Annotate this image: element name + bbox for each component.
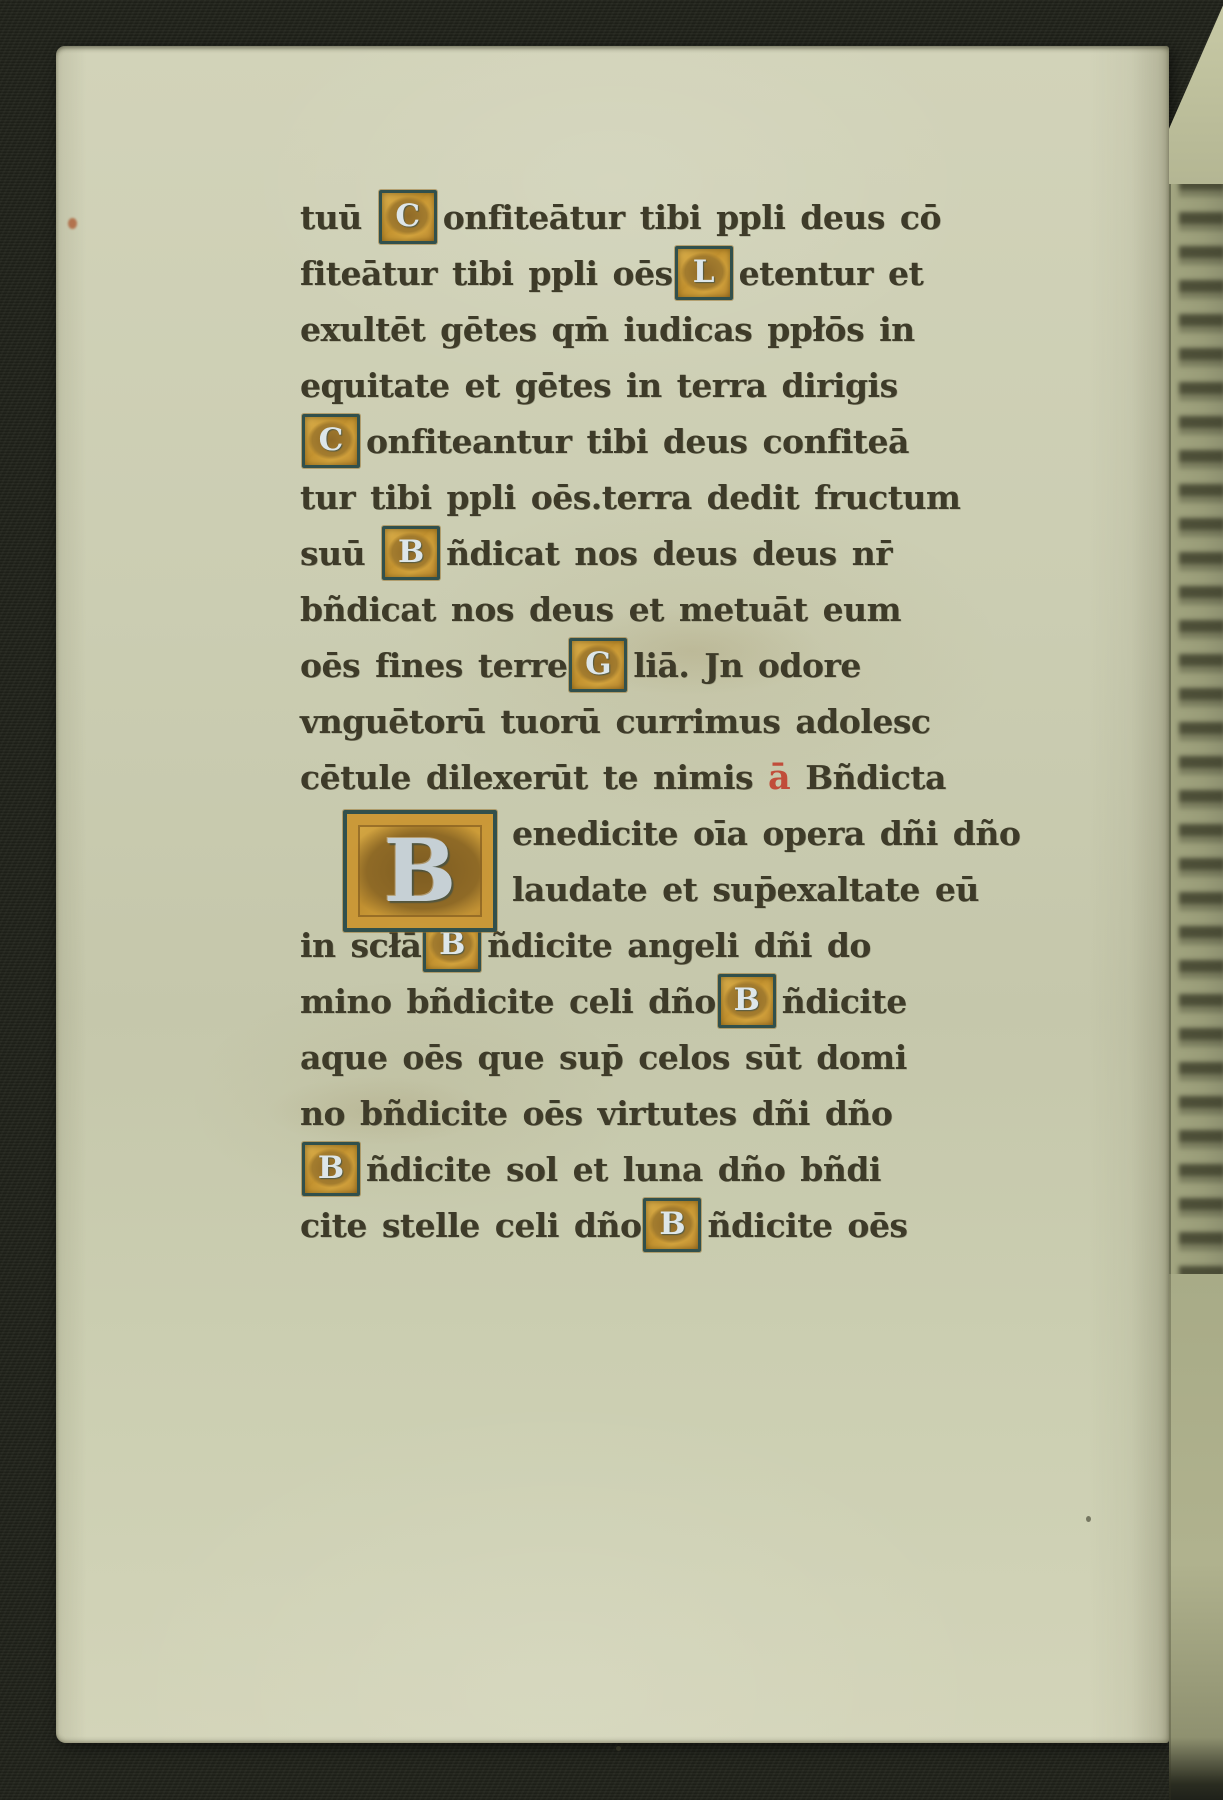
large-illuminated-initial-B: B — [343, 810, 497, 932]
adjacent-page-margin — [1169, 1274, 1223, 1800]
text-run: no bñdicite oēs virtutes dñi dño — [300, 1094, 892, 1133]
illuminated-initial: B — [643, 1198, 701, 1252]
text-run: onfiteātur tibi ppli deus cō — [443, 198, 941, 237]
adjacent-page-edge — [1169, 0, 1223, 1800]
backdrop: { "manuscript": { "big_initial": { "lett… — [0, 0, 1223, 1800]
text-run: cētule dilexerūt te nimis — [300, 758, 768, 797]
rubric-mark: ā — [768, 757, 790, 798]
text-run: aque oēs que sup̄ celos sūt domi — [300, 1038, 907, 1077]
illuminated-initial: C — [379, 190, 437, 244]
illuminated-initial: B — [302, 1142, 360, 1196]
adjacent-page-blurred-text — [1169, 184, 1223, 1274]
illuminated-initial: B — [718, 974, 776, 1028]
text-run: suū — [300, 534, 380, 573]
text-line: equitate et gētes in terra dirigis — [300, 358, 1040, 414]
ink-speck — [616, 1746, 621, 1751]
text-run: Bñdicta — [790, 758, 946, 797]
text-line: Confiteantur tibi deus confiteā — [300, 414, 1040, 470]
text-run: tuū — [300, 198, 377, 237]
text-line: cētule dilexerūt te nimis ā Bñdicta — [300, 750, 1040, 806]
text-line: bñdicat nos deus et metuāt eum — [300, 582, 1040, 638]
text-run: mino bñdicite celi dño — [300, 982, 716, 1021]
text-run: bñdicat nos deus et metuāt eum — [300, 590, 901, 629]
text-run: fiteātur tibi ppli oēs — [300, 254, 673, 293]
manuscript-page: tuū Confiteātur tibi ppli deus cōfiteātu… — [56, 46, 1169, 1743]
text-line: no bñdicite oēs virtutes dñi dño — [300, 1086, 1040, 1142]
ink-speck — [1086, 1516, 1091, 1522]
text-run: laudate et sup̄exaltate eū — [512, 870, 979, 909]
text-run: ñdicite sol et luna dño bñdi — [366, 1150, 881, 1189]
illuminated-initial: B — [382, 526, 440, 580]
text-run: ñdicite angeli dñi do — [487, 926, 871, 965]
text-line: vnguētorū tuorū currimus adolesc — [300, 694, 1040, 750]
text-run: enedicite oīa opera dñi dño — [512, 814, 1020, 853]
text-block: tuū Confiteātur tibi ppli deus cōfiteātu… — [300, 190, 1040, 1254]
text-run: exultēt gētes qm̄ iudicas ppłōs in — [300, 310, 915, 349]
text-line: mino bñdicite celi dñoBñdicite — [300, 974, 1040, 1030]
red-stain — [68, 218, 77, 229]
text-line: tuū Confiteātur tibi ppli deus cō — [300, 190, 1040, 246]
text-line: cite stelle celi dñoBñdicite oēs — [300, 1198, 1040, 1254]
text-run: oēs fines terre — [300, 646, 567, 685]
illuminated-initial: G — [569, 638, 627, 692]
text-run: tur tibi ppli oēs.terra dedit fructum — [300, 478, 960, 517]
text-run: etentur et — [739, 254, 924, 293]
text-run: vnguētorū tuorū currimus adolesc — [300, 702, 931, 741]
adjacent-page-corner — [1169, 0, 1223, 184]
text-run: equitate et gētes in terra dirigis — [300, 366, 898, 405]
text-run: ñdicat nos deus deus nr̄ — [446, 534, 892, 573]
text-line: oēs fines terreGliā. Jn odore — [300, 638, 1040, 694]
illuminated-initial: C — [302, 414, 360, 468]
text-run: cite stelle celi dño — [300, 1206, 641, 1245]
illuminated-initial: L — [675, 246, 733, 300]
text-run: ñdicite — [782, 982, 907, 1021]
text-line: Bñdicite sol et luna dño bñdi — [300, 1142, 1040, 1198]
text-line: exultēt gētes qm̄ iudicas ppłōs in — [300, 302, 1040, 358]
text-line: tur tibi ppli oēs.terra dedit fructum — [300, 470, 1040, 526]
text-line: fiteātur tibi ppli oēsLetentur et — [300, 246, 1040, 302]
text-run: ñdicite oēs — [707, 1206, 907, 1245]
text-run: liā. Jn odore — [633, 646, 861, 685]
text-line: aque oēs que sup̄ celos sūt domi — [300, 1030, 1040, 1086]
text-line: suū Bñdicat nos deus deus nr̄ — [300, 526, 1040, 582]
text-run: onfiteantur tibi deus confiteā — [366, 422, 909, 461]
